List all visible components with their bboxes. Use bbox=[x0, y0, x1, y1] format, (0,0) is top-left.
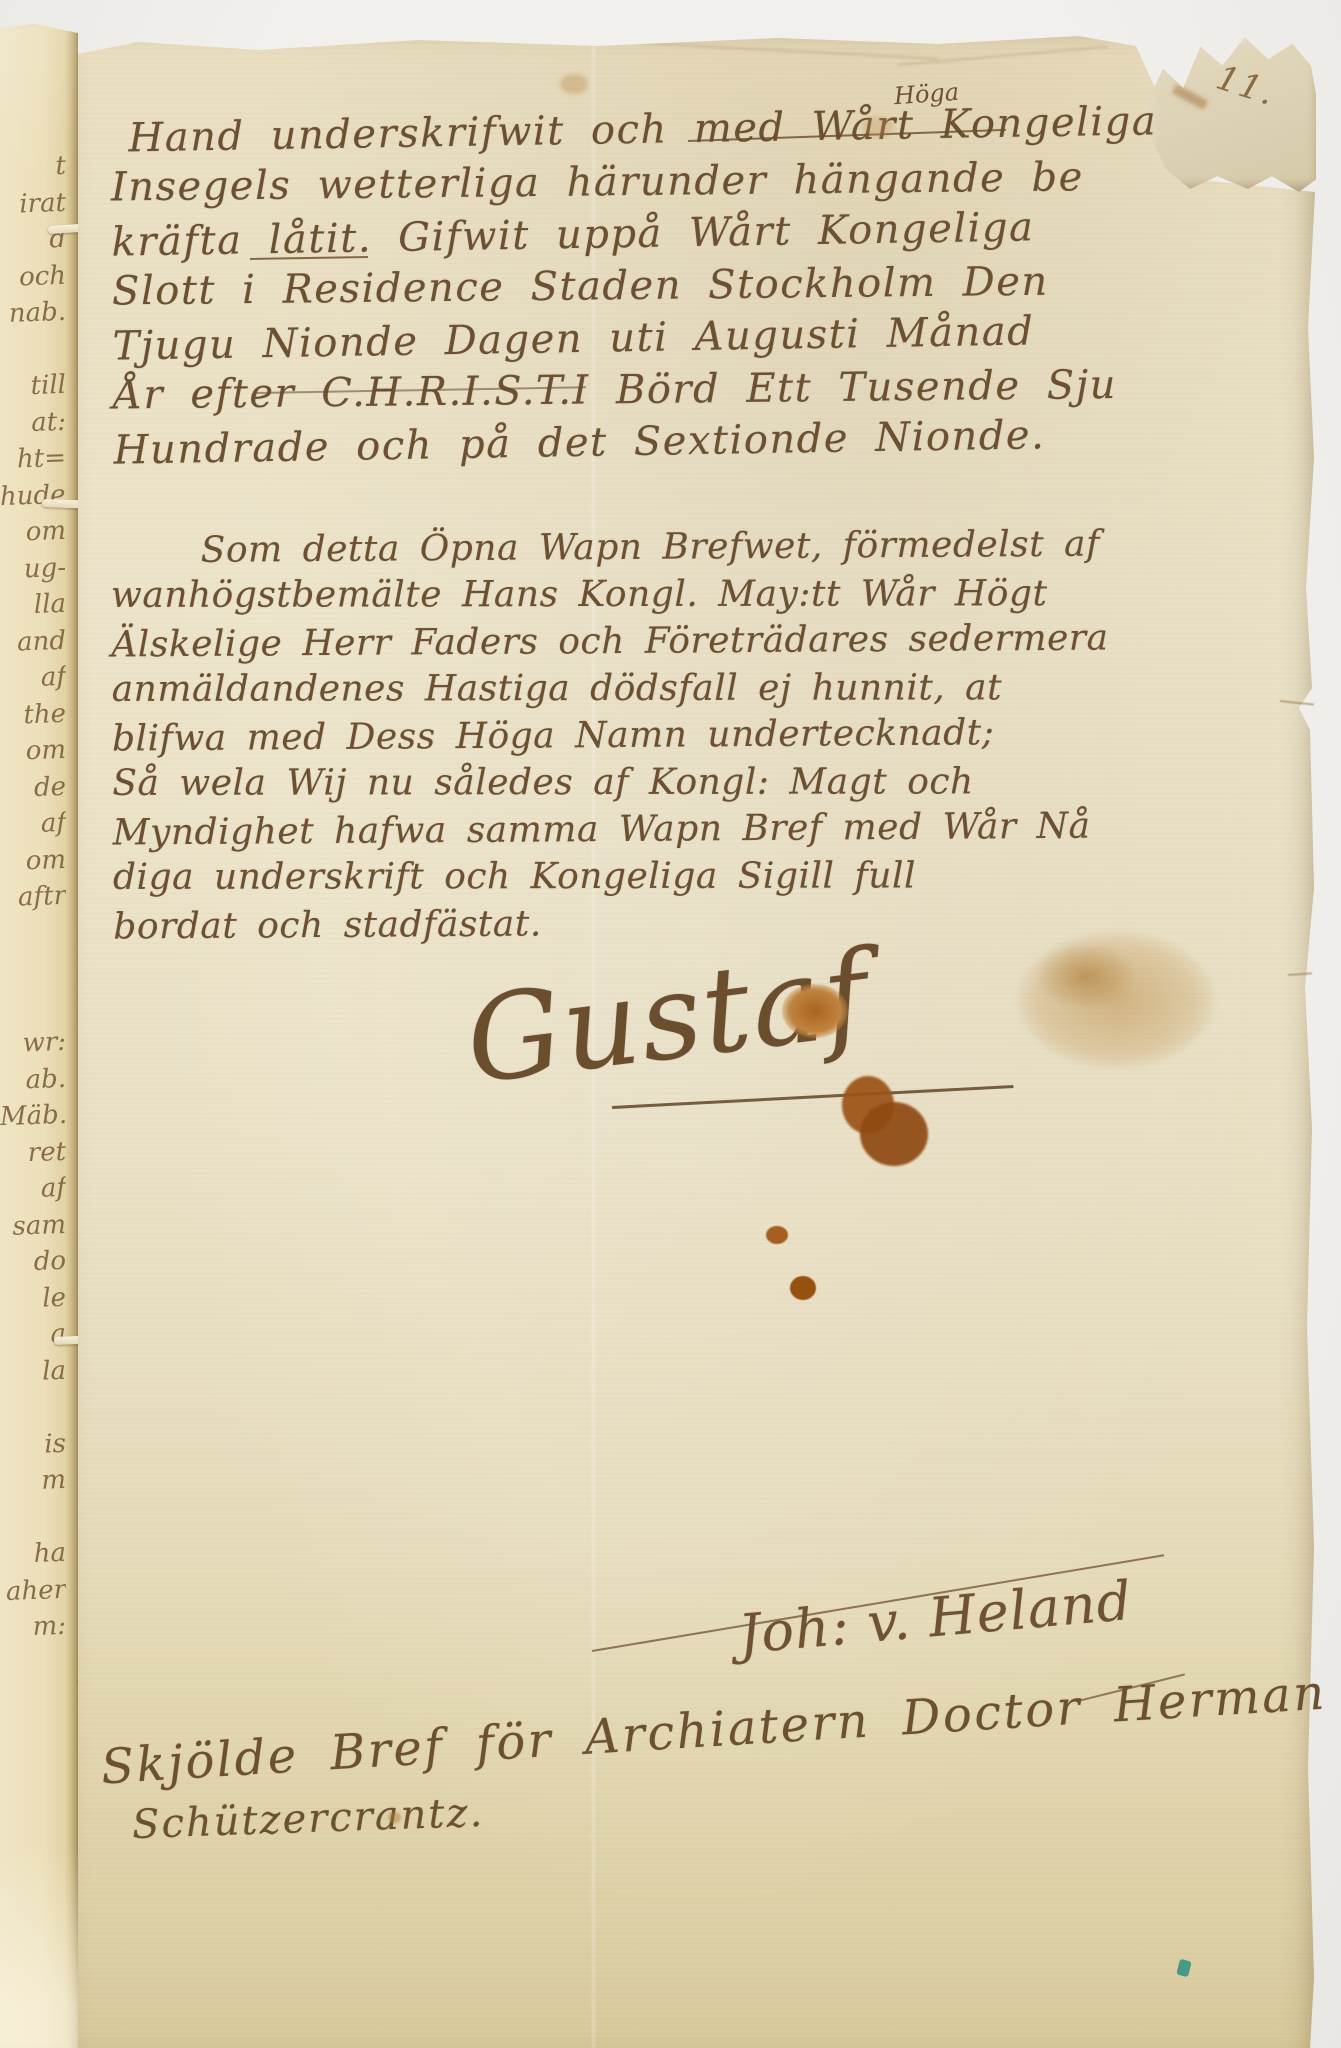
neighbor-page-text-fragment: om bbox=[0, 842, 67, 878]
neighbor-page-text-fragment: ab. bbox=[0, 1061, 67, 1097]
handwritten-line: diga underskrift och Kongeliga Sigill fu… bbox=[113, 852, 1110, 901]
handwritten-line: Myndighet hafwa samma Wapn Bref med Wår … bbox=[113, 803, 1110, 857]
neighbor-page-text-fragment bbox=[0, 331, 66, 333]
neighbor-page-text-fragment: wr: bbox=[0, 1025, 67, 1061]
neighbor-page-text-fragment: af bbox=[0, 1171, 67, 1207]
neighbor-page-text-fragment: a bbox=[0, 1317, 67, 1353]
neighbor-page-text-fragment: huder bbox=[0, 477, 67, 513]
neighbor-page-text-fragment: at: bbox=[0, 404, 67, 440]
neighbor-page-text-fragment bbox=[0, 952, 66, 954]
neighbor-page-text-fragment: do bbox=[0, 1244, 67, 1280]
neighbor-page-text-fragment: aher bbox=[0, 1572, 67, 1608]
neighbor-page-text-fragment: ug- bbox=[0, 550, 67, 586]
paper-wrinkle bbox=[638, 42, 938, 60]
handwritten-line: Som detta Öpna Wapn Brefwet, förmedelst … bbox=[111, 521, 1108, 575]
neighbor-page-text-fragment: irat bbox=[0, 185, 67, 221]
neighbor-page-text-fragment: ht= bbox=[0, 441, 67, 477]
neighbor-page-text-fragment bbox=[0, 915, 66, 917]
neighbor-page-text-fragment: and bbox=[0, 623, 67, 659]
inserted-correction-word: Höga bbox=[893, 78, 960, 110]
neighbor-page-text-fragment: om bbox=[0, 514, 67, 550]
paper-wrinkle bbox=[898, 46, 1107, 66]
neighbor-page-text-fragment bbox=[0, 988, 66, 990]
handwritten-line: bordat och stadfästat. bbox=[113, 897, 1110, 951]
neighbor-page-text-fragment bbox=[0, 1645, 66, 1647]
neighbor-page-text-fragment: t bbox=[0, 149, 67, 185]
handwritten-line: anmäldandenes Hastiga dödsfall ej hunnit… bbox=[112, 664, 1109, 713]
neighbor-page-text-fragment: nab. bbox=[0, 295, 67, 331]
neighbor-page-text-fragment: ha bbox=[0, 1536, 67, 1572]
neighbor-page-text-fragment: till bbox=[0, 368, 67, 404]
neighbor-page-text-fragment bbox=[0, 1499, 66, 1501]
neighbor-page-text-fragment: ret bbox=[0, 1134, 67, 1170]
neighbor-page-text-fragment: de bbox=[0, 769, 67, 805]
neighbor-page-text-fragment: is bbox=[0, 1426, 67, 1462]
neighbor-page-text-fragment: Mäb. bbox=[0, 1098, 67, 1134]
paragraph-1: Hand underskrifwit och med Wårt Kongelig… bbox=[110, 99, 1161, 474]
neighbor-page-text-fragment: le bbox=[0, 1280, 67, 1316]
neighbor-page-text-fragment: lla bbox=[0, 587, 67, 623]
neighbor-page-text-fragment: om bbox=[0, 733, 67, 769]
neighbor-page-edge: tiratdochnab.tillat:ht=huderomug-llaanda… bbox=[0, 24, 78, 2048]
neighbor-page-text-fragment bbox=[0, 1390, 66, 1392]
corner-smudge bbox=[1172, 84, 1208, 110]
neighbor-page-text-fragment: m: bbox=[0, 1609, 67, 1645]
handwritten-line: wanhögstbemälte Hans Kongl. May:tt Wår H… bbox=[111, 570, 1108, 619]
neighbor-page-text-fragment bbox=[0, 1682, 66, 1684]
neighbor-page-text-fragment: aftr bbox=[0, 879, 67, 915]
handwritten-line: Älskelige Herr Faders och Företrädares s… bbox=[111, 615, 1108, 669]
paragraph-2: Som detta Öpna Wapn Brefwet, förmedelst … bbox=[111, 521, 1111, 951]
neighbor-page-text-fragment bbox=[0, 1718, 66, 1720]
neighbor-page-text-fragment: m bbox=[0, 1463, 67, 1499]
neighbor-page-fragments: tiratdochnab.tillat:ht=huderomug-llaanda… bbox=[0, 150, 70, 1950]
neighbor-page-text-fragment: sam bbox=[0, 1207, 67, 1243]
handwritten-line: Så wela Wij nu således af Kongl: Magt oc… bbox=[112, 758, 1109, 807]
neighbor-page-text-fragment: the bbox=[0, 696, 67, 732]
neighbor-page-text-fragment: af bbox=[0, 806, 67, 842]
neighbor-page-text-fragment: och bbox=[0, 258, 67, 294]
neighbor-page-text-fragment: la bbox=[0, 1353, 67, 1389]
handwritten-line: blifwa med Dess Höga Namn undertecknadt; bbox=[112, 709, 1109, 763]
neighbor-page-text-fragment: af bbox=[0, 660, 67, 696]
